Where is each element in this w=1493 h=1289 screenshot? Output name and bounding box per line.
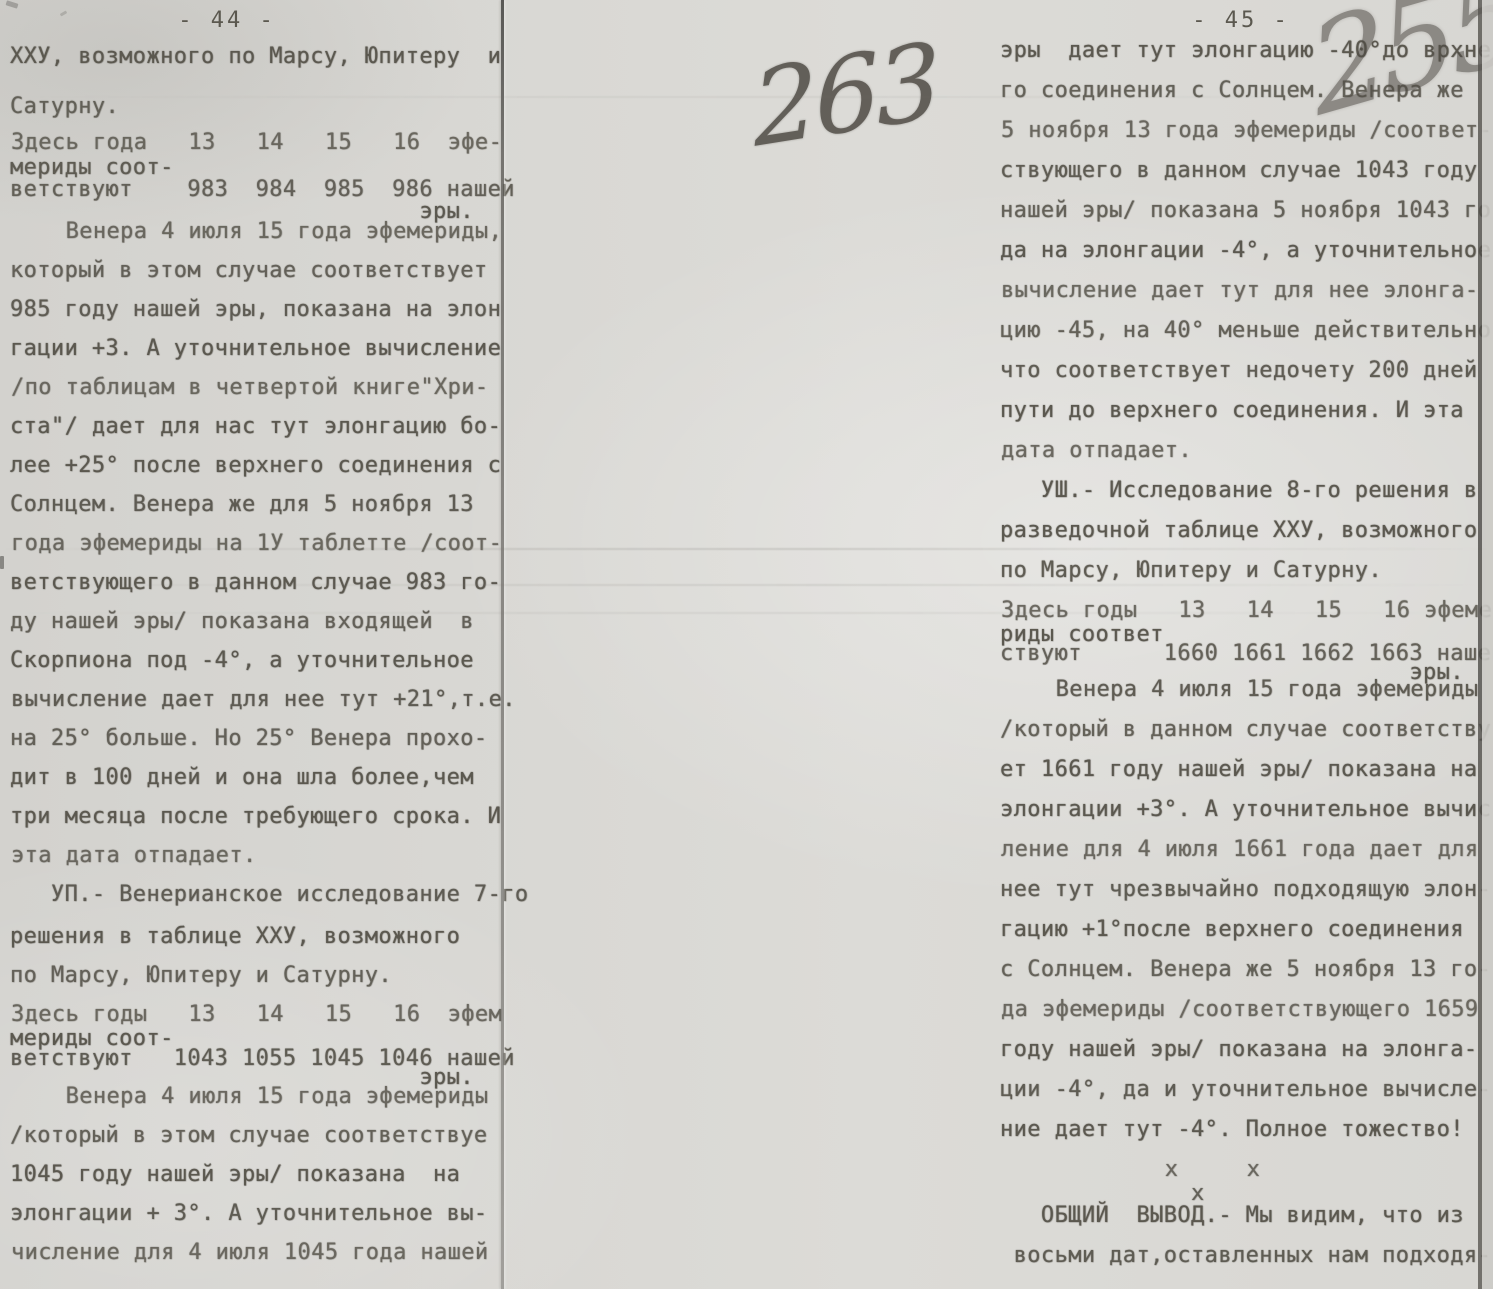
text-line: ление для 4 июля 1661 года дает для — [1001, 837, 1483, 877]
text-line: что соответствует недочету 200 дней — [1000, 358, 1482, 398]
text-line: УП.- Венерианское исследование 7-го — [10, 882, 508, 924]
text-line: Венера 4 июля 15 года эфемериды — [11, 1084, 509, 1123]
text-line: дата отпадает. — [1001, 438, 1483, 478]
text-line: ветствуют 1043 1055 1045 1046 нашей — [10, 1046, 508, 1065]
text-line: /по таблицам в четвертой книге"Хри- — [11, 375, 509, 414]
text-line: 985 году нашей эры, показана на элон — [10, 297, 508, 336]
text-line: элонгации +3°. А уточнительное вычис- — [1000, 797, 1482, 837]
text-line: ОБЩИЙ ВЫВОД.- Мы видим, что из — [1000, 1203, 1482, 1243]
text-line: ние дает тут -4°. Полное тожество! — [1000, 1117, 1482, 1157]
text-line: да эфемериды /соответствующего 1659 — [1001, 997, 1483, 1037]
text-line: вычисление дает тут для нее элонга- — [1001, 278, 1483, 318]
text-line: цию -45, на 40° меньше действительно — [1000, 318, 1482, 358]
page-number-left: - 44 - — [0, 8, 476, 44]
text-line: Солнцем. Венера же для 5 ноября 13 — [10, 492, 508, 531]
text-line: элонгации + 3°. А уточнительное вы- — [10, 1201, 508, 1240]
text-line: разведочной таблице ХХУ, возможного — [1000, 518, 1482, 558]
text-line: нее тут чрезвычайно подходящую элон- — [1000, 877, 1482, 917]
text-line: Здесь годы 13 14 15 16 эфеме — [1001, 598, 1483, 622]
text-line: Здесь годы 13 14 15 16 эфем — [11, 1002, 509, 1026]
page-44: - 44 - ХХУ, возможного по Марсу, Юпитеру… — [10, 8, 508, 1279]
text-line: риды соответ — [1000, 622, 1482, 641]
text-line: с Солнцем. Венера же 5 ноября 13 го- — [1000, 957, 1482, 997]
text-line: эры дает тут элонгацию -40°до врхне — [1000, 38, 1482, 78]
page-number-right: - 45 - — [1000, 8, 1482, 38]
text-line: гацию +1°после верхнего соединения — [1000, 917, 1482, 957]
text-line: лее +25° после верхнего соединения с — [10, 453, 508, 492]
text-line: дит в 100 дней и она шла более,чем — [10, 765, 508, 804]
text-line: ствующего в данном случае 1043 году — [1000, 158, 1482, 198]
text-line: УШ.- Исследование 8-го решения в — [1000, 478, 1482, 518]
text-line: ХХУ, возможного по Марсу, Юпитеру и — [10, 44, 508, 94]
text-line: ста"/ дает для нас тут элонгацию бо- — [10, 414, 508, 453]
text-line: восьми дат,оставленных нам подходя- — [1000, 1243, 1482, 1283]
text-line: Здесь года 13 14 15 16 эфе- — [11, 130, 509, 155]
text-line: ции -4°, да и уточнительное вычисле- — [1000, 1077, 1482, 1117]
text-line: 1045 году нашей эры/ показана на — [10, 1162, 508, 1201]
margin-mark — [0, 556, 4, 569]
text-line: на 25° больше. Но 25° Венера прохо- — [10, 726, 508, 765]
text-line: ет 1661 году нашей эры/ показана на — [1000, 757, 1482, 797]
text-line: по Марсу, Юпитеру и Сатурну. — [10, 963, 508, 1002]
section-separator: х — [1000, 1181, 1482, 1203]
text-line: года эфемериды на 1У таблетте /соот- — [11, 531, 509, 570]
page-45: - 45 - эры дает тут элонгацию -40°до врх… — [1000, 8, 1482, 1283]
text-line: Венера 4 июля 15 года эфемериды, — [11, 219, 509, 258]
handwritten-page-number-center: 263 — [750, 19, 941, 171]
text-line: ствуют 1660 1661 1662 1663 нашей — [1000, 641, 1482, 660]
text-line: который в этом случае соответствует — [10, 258, 508, 297]
text-line: да на элонгации -4°, а уточнительное — [1000, 238, 1482, 278]
section-separator: х х — [1001, 1157, 1483, 1181]
text-line: Венера 4 июля 15 года эфемериды — [1001, 677, 1483, 717]
text-line: вычисление дает для нее тут +21°,т.е. — [11, 687, 509, 726]
text-line: го соединения с Солнцем. Венера же — [1000, 78, 1482, 118]
text-line: мериды соот- — [10, 155, 508, 177]
text-line: эта дата отпадает. — [11, 843, 509, 882]
text-line: нашей эры/ показана 5 ноября 1043 го — [1000, 198, 1482, 238]
text-line: ветствующего в данном случае 983 го- — [10, 570, 508, 609]
text-line: числение для 4 июля 1045 года нашей — [11, 1240, 509, 1279]
manuscript-scan: - 44 - ХХУ, возможного по Марсу, Юпитеру… — [0, 0, 1493, 1289]
text-line: пути до верхнего соединения. И эта — [1000, 398, 1482, 438]
text-line: /который в данном случае соответству — [1000, 717, 1482, 757]
text-line: году нашей эры/ показана на элонга- — [1000, 1037, 1482, 1077]
text-line: гации +3. А уточнительное вычисление — [10, 336, 508, 375]
text-line: по Марсу, Юпитеру и Сатурну. — [1000, 558, 1482, 598]
text-line: ветствуют 983 984 985 986 нашей — [10, 177, 508, 199]
text-line: три месяца после требующего срока. И — [10, 804, 508, 843]
text-line: мериды соот- — [10, 1026, 508, 1046]
text-line: ду нашей эры/ показана входящей в — [10, 609, 508, 648]
text-line: эры. — [10, 199, 508, 219]
text-line: Скорпиона под -4°, а уточнительное — [10, 648, 508, 687]
text-line: /который в этом случае соответствуе — [10, 1123, 508, 1162]
text-line: решения в таблице ХХУ, возможного — [10, 924, 508, 963]
text-line: 5 ноября 13 года эфемериды /соответ- — [1001, 118, 1483, 158]
text-line: Сатурну. — [10, 94, 508, 130]
